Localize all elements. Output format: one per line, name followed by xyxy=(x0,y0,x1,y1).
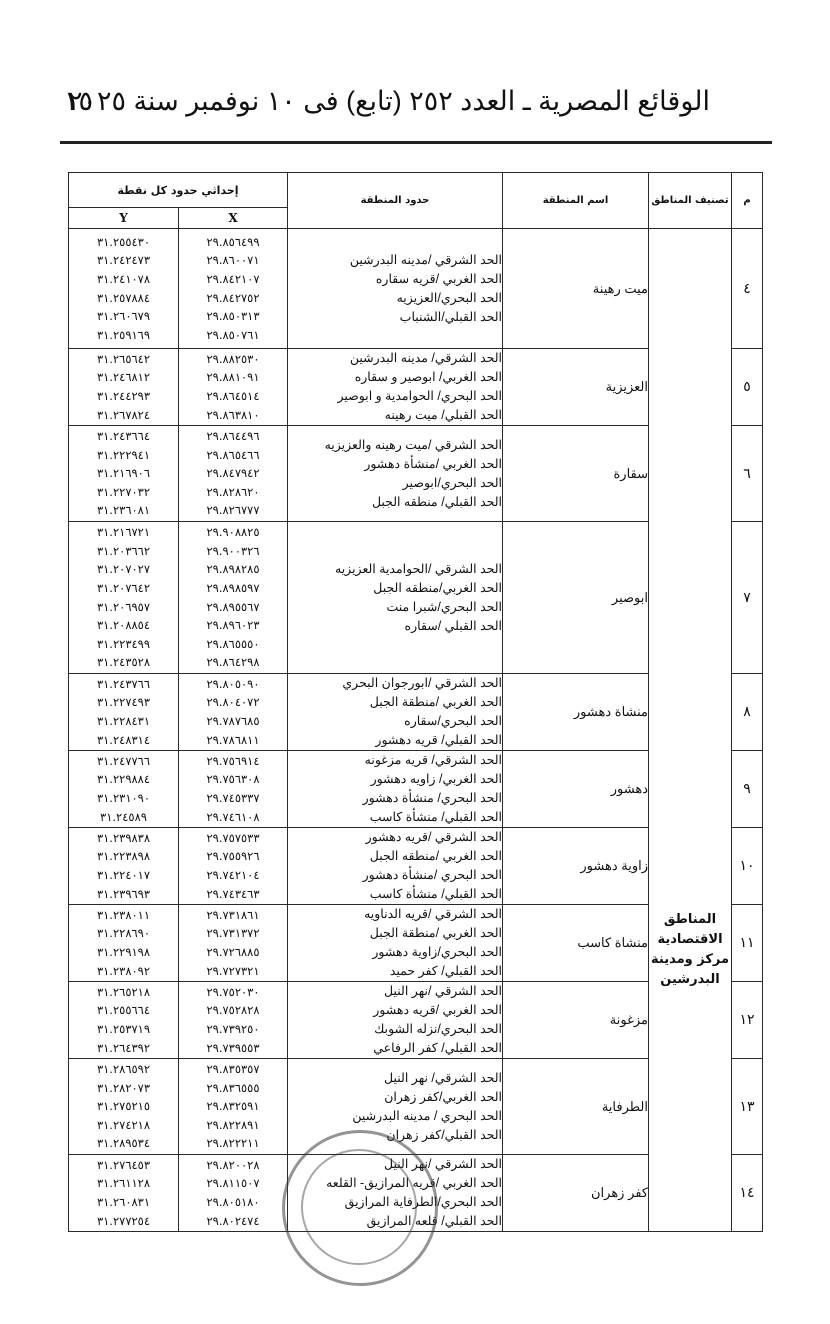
y-header: Y xyxy=(69,208,179,229)
x-coordinate: ٢٩.٨٦٥٥٥٠ xyxy=(179,635,287,654)
y-coordinate: ٣١.٢٤٧٧٦٦ xyxy=(69,752,178,771)
y-coordinates-cell: ٣١.٢٤٣٧٦٦٣١.٢٢٧٤٩٣٣١.٢٢٨٤٣١٣١.٢٤٨٣١٤ xyxy=(69,674,179,751)
y-coordinate: ٣١.٢٤٣٦٦٤ xyxy=(69,427,178,446)
boundary-line: الحد الشرقي /ابورجوان البحري xyxy=(288,674,502,693)
x-coordinates-cell: ٢٩.٧٥٦٩١٤٢٩.٧٥٦٣٠٨٢٩.٧٤٥٣٣٧٢٩.٧٤٦١٠٨ xyxy=(179,751,288,828)
boundary-line: الحد الغربي/منطقه الجبل xyxy=(288,579,502,598)
zone-name-header: اسم المنطقة xyxy=(503,173,649,229)
zone-name-cell: كفر زهران xyxy=(503,1155,649,1232)
y-coordinate: ٣١.٢٤٤٢٩٣ xyxy=(69,387,178,406)
y-coordinate: ٣١.٢٢٧٤٩٣ xyxy=(69,693,178,712)
x-coordinate: ٢٩.٨٦٤٥١٤ xyxy=(179,387,287,406)
zone-name-cell: دهشور xyxy=(503,751,649,828)
boundary-line: الحد الغربي /قريه المرازيق- القلعه xyxy=(288,1174,502,1193)
row-index-cell: ٤ xyxy=(732,229,763,349)
y-coordinate: ٣١.٢٦٧٨٢٤ xyxy=(69,406,178,425)
y-coordinate: ٣١.٢٥٣٧١٩ xyxy=(69,1020,178,1039)
x-coordinates-cell: ٢٩.٨٨٢٥٣٠٢٩.٨٨١٠٩١٢٩.٨٦٤٥١٤٢٩.٨٦٣٨١٠ xyxy=(179,349,288,426)
boundary-line: الحد البحري/زاوية دهشور xyxy=(288,943,502,962)
y-coordinate: ٣١.٢٤٣٧٦٦ xyxy=(69,675,178,694)
zone-name-cell: مزغونة xyxy=(503,982,649,1059)
y-coordinates-cell: ٣١.٢٦٥٢١٨٣١.٢٥٥٦٦٤٣١.٢٥٣٧١٩٣١.٢٦٤٣٩٢ xyxy=(69,982,179,1059)
x-header: X xyxy=(179,208,288,229)
zone-name-cell: ميت رهينة xyxy=(503,229,649,349)
y-coordinate: ٣١.٢٤٣٥٢٨ xyxy=(69,653,178,672)
table-row: ٣١.٢٥٥٤٣٠٣١.٢٤٢٤٧٣٣١.٢٤١٠٧٨٣١.٢٥٧٨٨٤٣١.٢… xyxy=(69,229,763,349)
x-coordinate: ٢٩.٨٨٢٥٣٠ xyxy=(179,350,287,369)
y-coordinate: ٣١.٢٥٧٨٨٤ xyxy=(69,289,178,308)
y-coordinate: ٣١.٢٠٣٦٦٢ xyxy=(69,542,178,561)
boundary-line: الحد الغربي/كفر زهران xyxy=(288,1088,502,1107)
x-coordinate: ٢٩.٨٨١٠٩١ xyxy=(179,368,287,387)
x-coordinate: ٢٩.٧٣١٣٧٢ xyxy=(179,924,287,943)
x-coordinate: ٢٩.٨٩٨٥٩٧ xyxy=(179,579,287,598)
x-coordinate: ٢٩.٧٥٢٠٣٠ xyxy=(179,983,287,1002)
x-coordinate: ٢٩.٨١١٥٠٧ xyxy=(179,1174,287,1193)
y-coordinate: ٣١.٢٤١٠٧٨ xyxy=(69,270,178,289)
boundaries-cell: الحد الشرقي /قريه دهشورالحد الغربي /منطق… xyxy=(288,828,503,905)
zone-name-cell: ابوصير xyxy=(503,522,649,674)
boundary-line: الحد البحري/سقاره xyxy=(288,712,502,731)
x-coordinate: ٢٩.٧٥٦٩١٤ xyxy=(179,752,287,771)
x-coordinates-cell: ٢٩.٨٠٥٠٩٠٢٩.٨٠٤٠٧٢٢٩.٧٨٧٦٨٥٢٩.٧٨٦٨١١ xyxy=(179,674,288,751)
boundary-line: الحد القبلي/ قلعه المرازيق xyxy=(288,1212,502,1231)
y-coordinate: ٣١.٢٥٥٤٣٠ xyxy=(69,233,178,252)
x-coordinate: ٢٩.٨٠٤٠٧٢ xyxy=(179,693,287,712)
boundaries-cell: الحد الشرقي /ابورجوان البحريالحد الغربي … xyxy=(288,674,503,751)
y-coordinate: ٣١.٢٣٩٨٣٨ xyxy=(69,829,178,848)
y-coordinate: ٣١.٢٨٦٥٩٢ xyxy=(69,1060,178,1079)
y-coordinate: ٣١.٢٤٨٣١٤ xyxy=(69,731,178,750)
x-coordinate: ٢٩.٧٢٧٣٢١ xyxy=(179,962,287,981)
y-coordinate: ٣١.٢٢٧٠٣٢ xyxy=(69,483,178,502)
y-coordinates-cell: ٣١.٢١٦٧٢١٣١.٢٠٣٦٦٢٣١.٢٠٧٠٢٧٣١.٢٠٧٦٤٢٣١.٢… xyxy=(69,522,179,674)
boundary-line: الحد الشرقي /الحوامدية العزيزيه xyxy=(288,560,502,579)
x-coordinate: ٢٩.٧٣١٨٦١ xyxy=(179,906,287,925)
y-coordinate: ٣١.٢٤٥٨٩ xyxy=(69,808,178,827)
classification-header: تصنيف المناطق xyxy=(649,173,732,229)
x-coordinate: ٢٩.٧٢٦٨٨٥ xyxy=(179,943,287,962)
boundary-line: الحد القبلي/الشنباب xyxy=(288,308,502,327)
boundary-line: الحد القبلي/كفر زهران xyxy=(288,1126,502,1145)
boundaries-cell: الحد الشرقي/ قريه مزغونهالحد الغربي/ زاو… xyxy=(288,751,503,828)
row-index-cell: ٥ xyxy=(732,349,763,426)
y-coordinate: ٣١.٢٢٩١٩٨ xyxy=(69,943,178,962)
boundary-line: الحد الشرقي /قريه دهشور xyxy=(288,828,502,847)
x-coordinate: ٢٩.٨٢٢٢١١ xyxy=(179,1134,287,1153)
boundary-line: الحد البحري/ منشأة دهشور xyxy=(288,789,502,808)
boundary-line: الحد القبلي/ كفر الرفاعي xyxy=(288,1039,502,1058)
boundary-line: الحد الشرقي /ميت رهينه والعزيزيه xyxy=(288,436,502,455)
y-coordinate: ٣١.٢٢٣٨٩٨ xyxy=(69,847,178,866)
x-coordinate: ٢٩.٨٥٠٣١٣ xyxy=(179,307,287,326)
zone-name-cell: العزيزية xyxy=(503,349,649,426)
y-coordinate: ٣١.٢٣٦٠٨١ xyxy=(69,501,178,520)
row-index-cell: ٧ xyxy=(732,522,763,674)
boundary-line: الحد البحري/ الحوامدية و ابوصير xyxy=(288,387,502,406)
x-coordinate: ٢٩.٨٥٦٤٩٩ xyxy=(179,233,287,252)
x-coordinate: ٢٩.٨٣٢٥٩١ xyxy=(179,1097,287,1116)
row-index-cell: ٨ xyxy=(732,674,763,751)
y-coordinate: ٣١.٢٤٦٨١٢ xyxy=(69,368,178,387)
boundaries-cell: الحد الشرقي /ميت رهينه والعزيزيهالحد الغ… xyxy=(288,426,503,522)
x-coordinate: ٢٩.٨٤٢٧٥٢ xyxy=(179,289,287,308)
x-coordinate: ٢٩.٧٥٦٣٠٨ xyxy=(179,770,287,789)
row-index-cell: ١٣ xyxy=(732,1059,763,1155)
y-coordinate: ٣١.٢٣٩٦٩٣ xyxy=(69,885,178,904)
boundaries-cell: الحد الشرقي/ نهر النيلالحد الغربي/كفر زه… xyxy=(288,1059,503,1155)
y-coordinates-cell: ٣١.٢٣٩٨٣٨٣١.٢٢٣٨٩٨٣١.٢٢٤٠١٧٣١.٢٣٩٦٩٣ xyxy=(69,828,179,905)
boundary-line: الحد البحري/نزله الشوبك xyxy=(288,1020,502,1039)
x-coordinates-cell: ٢٩.٧٥٧٥٣٣٢٩.٧٥٥٩٢٦٢٩.٧٤٢١٠٤٢٩.٧٤٣٤٦٣ xyxy=(179,828,288,905)
x-coordinate: ٢٩.٩٠٨٨٢٥ xyxy=(179,523,287,542)
x-coordinate: ٢٩.٨٦٤٢٩٨ xyxy=(179,653,287,672)
x-coordinate: ٢٩.٧٤٦١٠٨ xyxy=(179,808,287,827)
y-coordinate: ٣١.٢١٦٧٢١ xyxy=(69,523,178,542)
y-coordinate: ٣١.٢٦٥٢١٨ xyxy=(69,983,178,1002)
economic-zones-table: إحداثي حدود كل نقطة حدود المنطقة اسم الم… xyxy=(68,172,763,1232)
x-coordinates-cell: ٢٩.٨٦٤٤٩٦٢٩.٨٦٥٤٦٦٢٩.٨٤٧٩٤٢٢٩.٨٢٨٦٢٠٢٩.٨… xyxy=(179,426,288,522)
x-coordinate: ٢٩.٨٢٢٨٩١ xyxy=(179,1116,287,1135)
x-coordinate: ٢٩.٨٦٠٠٧١ xyxy=(179,251,287,270)
boundary-line: الحد الغربي /منشأة دهشور xyxy=(288,455,502,474)
y-coordinate: ٣١.٢٧٧٢٥٤ xyxy=(69,1212,178,1231)
zone-name-cell: سقارة xyxy=(503,426,649,522)
x-coordinates-cell: ٢٩.٧٣١٨٦١٢٩.٧٣١٣٧٢٢٩.٧٢٦٨٨٥٢٩.٧٢٧٣٢١ xyxy=(179,905,288,982)
x-coordinate: ٢٩.٧٥٥٩٢٦ xyxy=(179,847,287,866)
y-coordinate: ٣١.٢٣٨٠٩٢ xyxy=(69,962,178,981)
y-coordinate: ٣١.٢٨٩٥٣٤ xyxy=(69,1134,178,1153)
x-coordinate: ٢٩.٨٢٨٦٢٠ xyxy=(179,483,287,502)
y-coordinate: ٣١.٢٦٥٦٤٢ xyxy=(69,350,178,369)
x-coordinates-cell: ٢٩.٨٣٥٣٥٧٢٩.٨٣٦٥٥٥٢٩.٨٣٢٥٩١٢٩.٨٢٢٨٩١٢٩.٨… xyxy=(179,1059,288,1155)
boundaries-cell: الحد الشرقي /الحوامدية العزيزيهالحد الغر… xyxy=(288,522,503,674)
x-coordinate: ٢٩.٧٤٥٣٣٧ xyxy=(179,789,287,808)
zone-name-cell: منشاة كاسب xyxy=(503,905,649,982)
boundaries-cell: الحد الشرقي /قريه الدناويهالحد الغربي /م… xyxy=(288,905,503,982)
boundaries-cell: الحد الشرقي /مدينه البدرشينالحد الغربي /… xyxy=(288,229,503,349)
y-coordinate: ٣١.٢٧٥٢١٥ xyxy=(69,1097,178,1116)
boundaries-header: حدود المنطقة xyxy=(288,173,503,229)
x-coordinate: ٢٩.٨٦٣٨١٠ xyxy=(179,406,287,425)
boundary-line: الحد الغربي /قريه سقاره xyxy=(288,270,502,289)
page-number: ١٥ xyxy=(64,86,93,117)
x-coordinate: ٢٩.٧٥٢٨٢٨ xyxy=(179,1001,287,1020)
x-coordinates-cell: ٢٩.٨٥٦٤٩٩٢٩.٨٦٠٠٧١٢٩.٨٤٢١٠٧٢٩.٨٤٢٧٥٢٢٩.٨… xyxy=(179,229,288,349)
y-coordinate: ٣١.٢٢٨٤٣١ xyxy=(69,712,178,731)
boundary-line: الحد البحري/ابوصير xyxy=(288,474,502,493)
x-coordinate: ٢٩.٩٠٠٣٢٦ xyxy=(179,542,287,561)
y-coordinates-cell: ٣١.٢٤٣٦٦٤٣١.٢٢٢٩٤١٣١.٢١٦٩٠٦٣١.٢٢٧٠٣٢٣١.٢… xyxy=(69,426,179,522)
y-coordinate: ٣١.٢٣٨٠١١ xyxy=(69,906,178,925)
classification-cell: المناطق الاقتصادية مركز ومدينة البدرشين xyxy=(649,229,732,1232)
boundary-line: الحد القبلي/ قريه دهشور xyxy=(288,731,502,750)
boundary-line: الحد الشرقي /نهر النيل xyxy=(288,1155,502,1174)
zone-name-cell: زاوية دهشور xyxy=(503,828,649,905)
x-coordinate: ٢٩.٧٣٩٥٥٣ xyxy=(179,1039,287,1058)
x-coordinate: ٢٩.٧٣٩٢٥٠ xyxy=(179,1020,287,1039)
y-coordinate: ٣١.٢٠٦٩٥٧ xyxy=(69,598,178,617)
page-header: الوقائع المصرية ـ العدد ٢٥٢ (تابع) فى ١٠… xyxy=(60,86,710,130)
boundary-line: الحد الشرقي/ مدينه البدرشين xyxy=(288,349,502,368)
y-coordinates-cell: ٣١.٢٧٦٤٥٣٣١.٢٦١١٢٨٣١.٢٦٠٨٣١٣١.٢٧٧٢٥٤ xyxy=(69,1155,179,1232)
y-coordinate: ٣١.٢٦١١٢٨ xyxy=(69,1174,178,1193)
index-header: م xyxy=(732,173,763,229)
y-coordinate: ٣١.٢٣١٠٩٠ xyxy=(69,789,178,808)
y-coordinate: ٣١.٢٧٦٤٥٣ xyxy=(69,1156,178,1175)
y-coordinate: ٣١.٢٠٨٨٥٤ xyxy=(69,616,178,635)
y-coordinate: ٣١.٢٦٤٣٩٢ xyxy=(69,1039,178,1058)
x-coordinate: ٢٩.٧٥٧٥٣٣ xyxy=(179,829,287,848)
coordinates-header: إحداثي حدود كل نقطة xyxy=(69,173,288,208)
y-coordinate: ٣١.٢٢٣٤٩٩ xyxy=(69,635,178,654)
y-coordinate: ٣١.٢٥٩١٦٩ xyxy=(69,326,178,345)
y-coordinate: ٣١.٢٢٤٠١٧ xyxy=(69,866,178,885)
classification-label: المناطق الاقتصادية مركز ومدينة البدرشين xyxy=(649,910,731,990)
x-coordinate: ٢٩.٨٩٥٥٦٧ xyxy=(179,598,287,617)
row-index-cell: ١١ xyxy=(732,905,763,982)
y-coordinate: ٣١.٢٦٠٦٧٩ xyxy=(69,307,178,326)
gazette-title: الوقائع المصرية ـ العدد ٢٥٢ (تابع) فى ١٠… xyxy=(68,86,710,117)
x-coordinate: ٢٩.٨٤٢١٠٧ xyxy=(179,270,287,289)
y-coordinate: ٣١.٢٧٤٢١٨ xyxy=(69,1116,178,1135)
row-index-cell: ٦ xyxy=(732,426,763,522)
boundary-line: الحد البحري/شبرا منت xyxy=(288,598,502,617)
boundary-line: الحد الشرقي/ قريه مزغونه xyxy=(288,751,502,770)
y-coordinates-cell: ٣١.٢٣٨٠١١٣١.٢٢٨٦٩٠٣١.٢٢٩١٩٨٣١.٢٣٨٠٩٢ xyxy=(69,905,179,982)
x-coordinate: ٢٩.٨٠٥٠٩٠ xyxy=(179,675,287,694)
row-index-cell: ١٠ xyxy=(732,828,763,905)
x-coordinate: ٢٩.٧٨٧٦٨٥ xyxy=(179,712,287,731)
zone-name-cell: الطرفاية xyxy=(503,1059,649,1155)
boundary-line: الحد القبلي/ ميت رهينه xyxy=(288,406,502,425)
boundary-line: الحد الغربي /منطقه الجبل xyxy=(288,847,502,866)
x-coordinate: ٢٩.٨٠٢٤٧٤ xyxy=(179,1212,287,1231)
y-coordinates-cell: ٣١.٢٨٦٥٩٢٣١.٢٨٢٠٧٣٣١.٢٧٥٢١٥٣١.٢٧٤٢١٨٣١.٢… xyxy=(69,1059,179,1155)
x-coordinate: ٢٩.٨٩٨٢٨٥ xyxy=(179,560,287,579)
x-coordinate: ٢٩.٨٦٥٤٦٦ xyxy=(179,446,287,465)
boundaries-cell: الحد الشرقي /نهر النيلالحد الغربي /قريه … xyxy=(288,1155,503,1232)
y-coordinate: ٣١.٢٢٩٨٨٤ xyxy=(69,770,178,789)
boundaries-cell: الحد الشرقي/ مدينه البدرشينالحد الغربي/ … xyxy=(288,349,503,426)
x-coordinate: ٢٩.٨٦٤٤٩٦ xyxy=(179,427,287,446)
x-coordinate: ٢٩.٧٤٢١٠٤ xyxy=(179,866,287,885)
boundary-line: الحد القبلي/ كفر حميد xyxy=(288,962,502,981)
boundary-line: الحد الغربي /منطقة الجبل xyxy=(288,693,502,712)
x-coordinates-cell: ٢٩.٧٥٢٠٣٠٢٩.٧٥٢٨٢٨٢٩.٧٣٩٢٥٠٢٩.٧٣٩٥٥٣ xyxy=(179,982,288,1059)
boundary-line: الحد الغربي /منطقة الجبل xyxy=(288,924,502,943)
boundary-line: الحد الشرقي /نهر النيل xyxy=(288,982,502,1001)
y-coordinates-cell: ٣١.٢٥٥٤٣٠٣١.٢٤٢٤٧٣٣١.٢٤١٠٧٨٣١.٢٥٧٨٨٤٣١.٢… xyxy=(69,229,179,349)
boundary-line: الحد القبلي /سقاره xyxy=(288,617,502,636)
boundary-line: الحد البحري / مدينه البدرشين xyxy=(288,1107,502,1126)
x-coordinate: ٢٩.٨٠٥١٨٠ xyxy=(179,1193,287,1212)
y-coordinate: ٣١.٢٠٧٦٤٢ xyxy=(69,579,178,598)
y-coordinate: ٣١.٢٢٢٩٤١ xyxy=(69,446,178,465)
row-index-cell: ٩ xyxy=(732,751,763,828)
x-coordinates-cell: ٢٩.٨٢٠٠٢٨٢٩.٨١١٥٠٧٢٩.٨٠٥١٨٠٢٩.٨٠٢٤٧٤ xyxy=(179,1155,288,1232)
y-coordinate: ٣١.٢٨٢٠٧٣ xyxy=(69,1079,178,1098)
y-coordinate: ٣١.٢٥٥٦٦٤ xyxy=(69,1001,178,1020)
header-divider xyxy=(60,141,772,144)
x-coordinate: ٢٩.٧٤٣٤٦٣ xyxy=(179,885,287,904)
boundary-line: الحد الشرقي /مدينه البدرشين xyxy=(288,251,502,270)
boundary-line: الحد الشرقي /قريه الدناويه xyxy=(288,905,502,924)
x-coordinate: ٢٩.٨٣٥٣٥٧ xyxy=(179,1060,287,1079)
row-index-cell: ١٢ xyxy=(732,982,763,1059)
y-coordinates-cell: ٣١.٢٦٥٦٤٢٣١.٢٤٦٨١٢٣١.٢٤٤٢٩٣٣١.٢٦٧٨٢٤ xyxy=(69,349,179,426)
x-coordinate: ٢٩.٨٢٠٠٢٨ xyxy=(179,1156,287,1175)
x-coordinate: ٢٩.٨٥٠٧٦١ xyxy=(179,326,287,345)
boundaries-cell: الحد الشرقي /نهر النيلالحد الغربي /قريه … xyxy=(288,982,503,1059)
y-coordinates-cell: ٣١.٢٤٧٧٦٦٣١.٢٢٩٨٨٤٣١.٢٣١٠٩٠٣١.٢٤٥٨٩ xyxy=(69,751,179,828)
y-coordinate: ٣١.٢٦٠٨٣١ xyxy=(69,1193,178,1212)
boundary-line: الحد الغربي /قريه دهشور xyxy=(288,1001,502,1020)
zone-name-cell: منشاة دهشور xyxy=(503,674,649,751)
boundary-line: الحد القبلي/ منشأة كاسب xyxy=(288,808,502,827)
y-coordinate: ٣١.٢١٦٩٠٦ xyxy=(69,464,178,483)
row-index-cell: ١٤ xyxy=(732,1155,763,1232)
boundary-line: الحد البحري/العزيزيه xyxy=(288,289,502,308)
boundary-line: الحد الغربي/ ابوصير و سقاره xyxy=(288,368,502,387)
boundary-line: الحد البحري/الطرفاية المرازيق xyxy=(288,1193,502,1212)
boundary-line: الحد القبلي/ منطقه الجبل xyxy=(288,493,502,512)
y-coordinate: ٣١.٢٤٢٤٧٣ xyxy=(69,251,178,270)
x-coordinate: ٢٩.٧٨٦٨١١ xyxy=(179,731,287,750)
y-coordinate: ٣١.٢٢٨٦٩٠ xyxy=(69,924,178,943)
boundary-line: الحد القبلي/ منشأة كاسب xyxy=(288,885,502,904)
boundary-line: الحد الغربي/ زاويه دهشور xyxy=(288,770,502,789)
boundary-line: الحد البحري /منشأة دهشور xyxy=(288,866,502,885)
x-coordinate: ٢٩.٨٩٦٠٢٣ xyxy=(179,616,287,635)
boundary-line: الحد الشرقي/ نهر النيل xyxy=(288,1069,502,1088)
x-coordinate: ٢٩.٨٢٦٧٧٧ xyxy=(179,501,287,520)
x-coordinates-cell: ٢٩.٩٠٨٨٢٥٢٩.٩٠٠٣٢٦٢٩.٨٩٨٢٨٥٢٩.٨٩٨٥٩٧٢٩.٨… xyxy=(179,522,288,674)
x-coordinate: ٢٩.٨٤٧٩٤٢ xyxy=(179,464,287,483)
y-coordinate: ٣١.٢٠٧٠٢٧ xyxy=(69,560,178,579)
x-coordinate: ٢٩.٨٣٦٥٥٥ xyxy=(179,1079,287,1098)
